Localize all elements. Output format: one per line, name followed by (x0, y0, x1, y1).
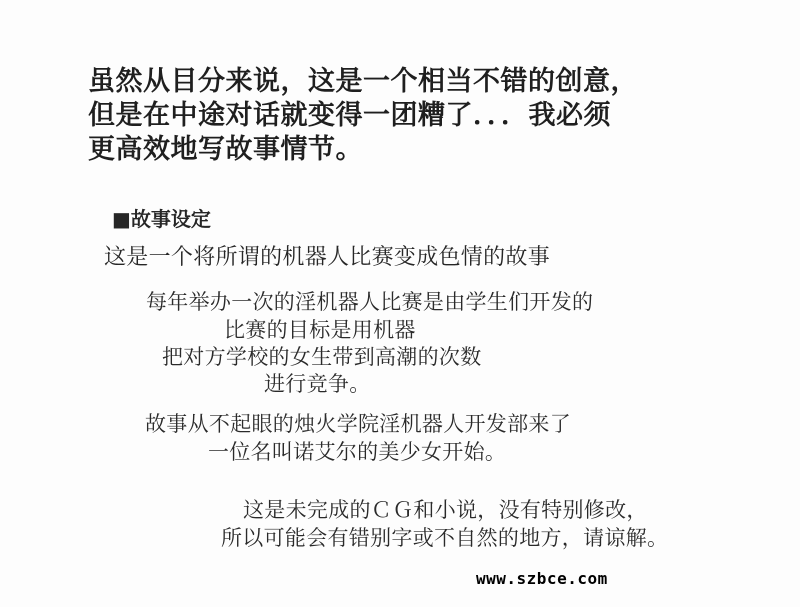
intro-line: 这是一个将所谓的机器人比赛变成色情的故事 (104, 245, 550, 270)
watermark-url: www.szbce.com (476, 570, 608, 588)
rules-line-3: 把对方学校的女生带到高潮的次数 (162, 345, 482, 369)
story-line-2: 一位名叫诺艾尔的美少女开始。 (208, 440, 506, 464)
rules-line-4: 进行竞争。 (264, 372, 371, 396)
rules-line-1: 每年举办一次的淫机器人比赛是由学生们开发的 (146, 290, 593, 314)
rules-line-2: 比赛的目标是用机器 (224, 318, 416, 342)
story-line-1: 故事从不起眼的烛火学院淫机器人开发部来了 (145, 412, 571, 436)
note-line-1: 这是未完成的ＣＧ和小说，没有特别修改， (243, 498, 648, 522)
document-page: 虽然从目分来说，这是一个相当不错的创意， 但是在中途对话就变得一团糟了．．．我必… (0, 0, 800, 607)
section-header: ■故事设定 (112, 208, 211, 231)
title-line-2: 但是在中途对话就变得一团糟了．．．我必须 (88, 100, 611, 131)
title-line-3: 更高效地写故事情节。 (88, 134, 363, 165)
title-line-1: 虽然从目分来说，这是一个相当不错的创意， (88, 66, 638, 97)
note-line-2: 所以可能会有错别字或不自然的地方，请谅解。 (221, 526, 668, 550)
